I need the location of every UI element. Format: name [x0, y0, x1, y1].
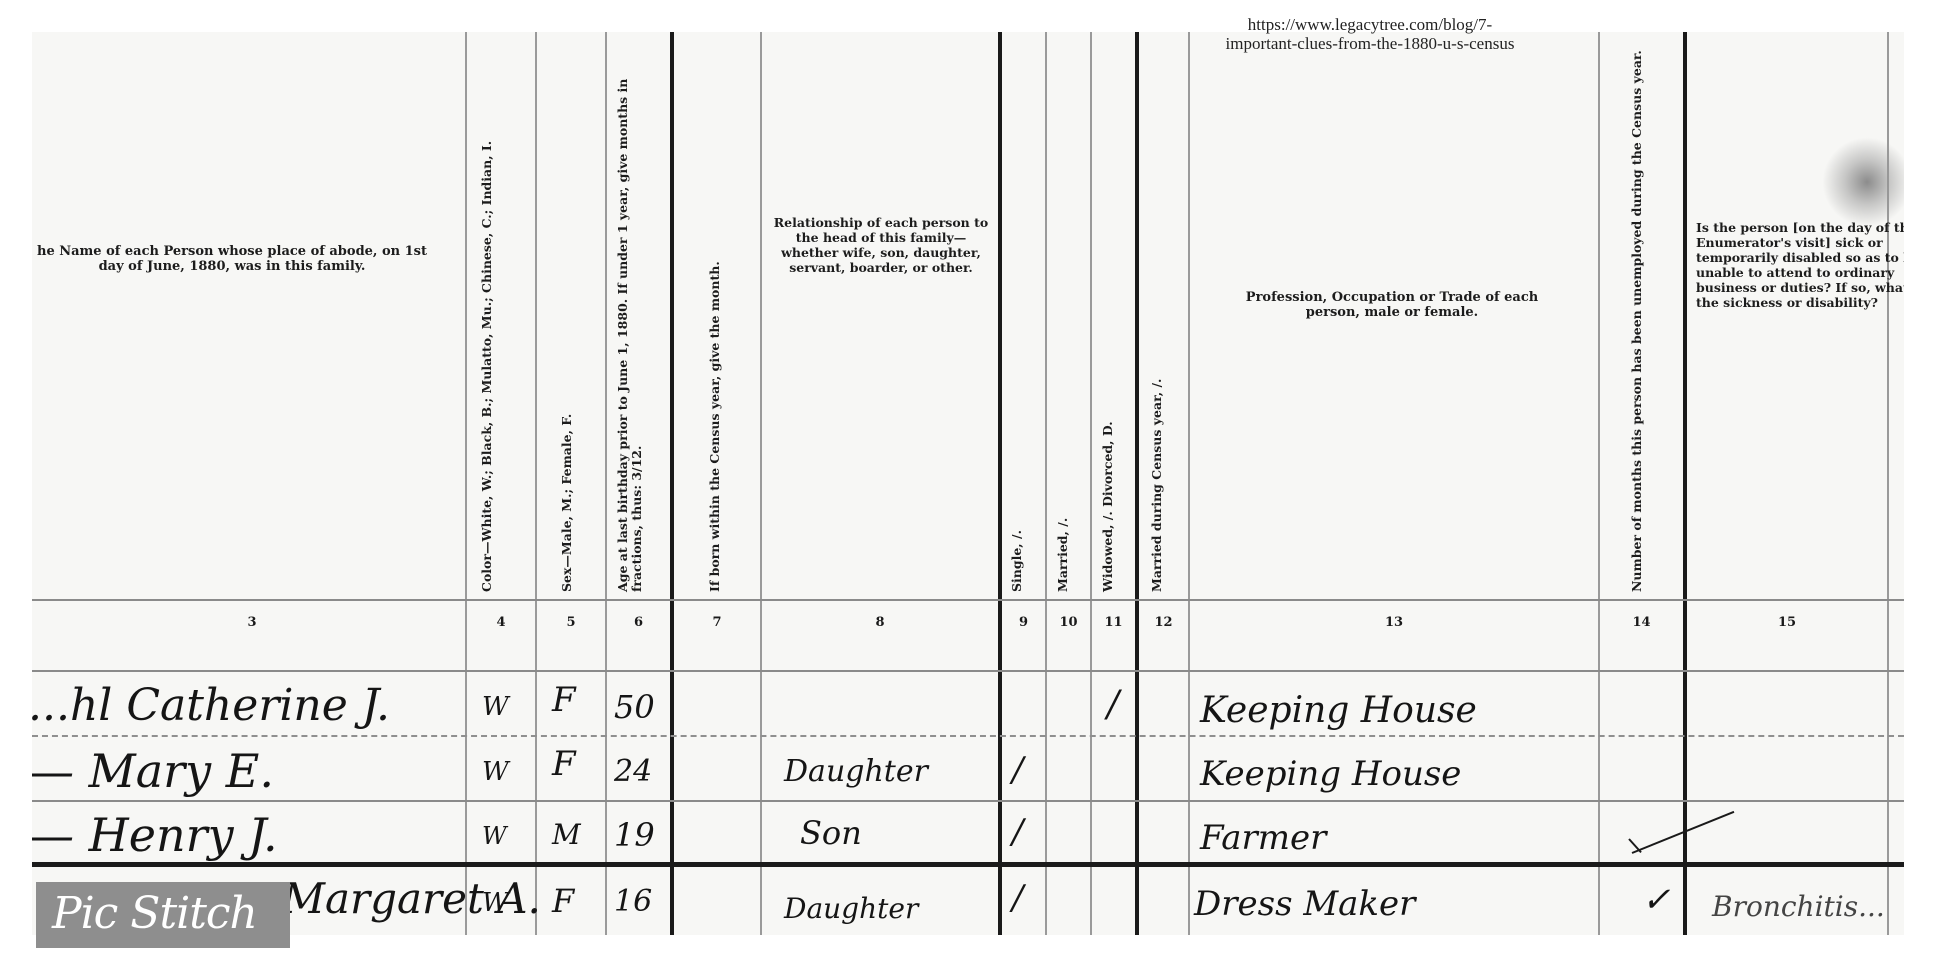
- row3-age: 19: [614, 816, 655, 854]
- row2-single: /: [1012, 750, 1023, 790]
- column-number-10: 10: [1047, 615, 1090, 630]
- row3-relationship: Son: [800, 814, 862, 852]
- column-number-14: 14: [1600, 615, 1683, 630]
- row4-unemployed: ✓: [1642, 880, 1671, 920]
- row1-sex: F: [552, 680, 576, 720]
- header-bottom-rule: [32, 599, 1904, 601]
- row3-occupation: Farmer: [1200, 818, 1326, 858]
- row2-name: — Mary E.: [32, 744, 274, 798]
- row2-occupation: Keeping House: [1200, 754, 1461, 794]
- source-caption: https://www.legacytree.com/blog/7- impor…: [1150, 15, 1590, 53]
- source-caption-line-2: important-clues-from-the-1880-u-s-census: [1150, 34, 1590, 53]
- row3-name: — Henry J.: [32, 808, 278, 862]
- header-col12-married-census-year: Married during Census year, /.: [1150, 42, 1172, 592]
- header-col13-occupation: Profession, Occupation or Trade of each …: [1217, 290, 1567, 320]
- row3-sex: M: [552, 818, 581, 851]
- column-number-3: 3: [152, 615, 352, 630]
- header-col11-widowed: Widowed, /. Divorced, D.: [1101, 42, 1123, 592]
- column-number-9: 9: [1002, 615, 1045, 630]
- column-number-12: 12: [1139, 615, 1188, 630]
- column-number-13: 13: [1190, 615, 1598, 630]
- row3-single: /: [1012, 812, 1023, 852]
- row4-single: /: [1012, 878, 1023, 918]
- column-number-8: 8: [762, 615, 998, 630]
- header-col14-unemployed: Number of months this person has been un…: [1630, 42, 1670, 592]
- column-number-7: 7: [674, 615, 760, 630]
- header-col3-name: he Name of each Person whose place of ab…: [32, 244, 432, 274]
- column-number-6: 6: [607, 615, 670, 630]
- row1-age: 50: [614, 688, 655, 726]
- row1-color: W: [482, 692, 509, 722]
- header-col15-sickness: Is the person [on the day of the Enumera…: [1696, 220, 1904, 310]
- row1-occupation: Keeping House: [1200, 690, 1477, 731]
- row4-occupation: Dress Maker: [1194, 884, 1415, 924]
- header-col9-single: Single, /.: [1010, 42, 1032, 592]
- census-sheet: he Name of each Person whose place of ab…: [32, 32, 1904, 935]
- row4-sickness: Bronchitis...: [1712, 890, 1885, 923]
- header-col5-sex: Sex—Male, M.; Female, F.: [560, 42, 582, 592]
- header-col6-age: Age at last birthday prior to June 1, 18…: [616, 42, 660, 592]
- row4-age: 16: [614, 884, 652, 919]
- row4-relationship: Daughter: [784, 892, 918, 925]
- row1-name: ...hl Catherine J.: [32, 680, 390, 731]
- row4-color: W: [482, 888, 509, 918]
- source-caption-line-1: https://www.legacytree.com/blog/7-: [1150, 15, 1590, 34]
- row2-sex: F: [552, 744, 576, 784]
- column-number-5: 5: [537, 615, 605, 630]
- row1-widowed: /: [1107, 684, 1119, 725]
- row2-relationship: Daughter: [784, 754, 928, 789]
- row2-age: 24: [614, 754, 652, 789]
- header-col7-born-month: If born within the Census year, give the…: [708, 72, 730, 592]
- header-col10-married: Married, /.: [1056, 42, 1078, 592]
- row-divider-1: [32, 735, 1904, 737]
- header-col4-color: Color—White, W.; Black, B.; Mulatto, Mu.…: [480, 42, 522, 592]
- watermark-text: Pic Stitch: [52, 888, 257, 939]
- header-col8-relationship: Relationship of each person to the head …: [772, 215, 990, 275]
- column-number-4: 4: [467, 615, 535, 630]
- row2-color: W: [482, 757, 509, 787]
- column-number-11: 11: [1092, 615, 1135, 630]
- column-number-15: 15: [1687, 615, 1887, 630]
- scan-smudge: [1822, 137, 1904, 227]
- row-divider-2: [32, 800, 1904, 802]
- row-divider-3: [32, 862, 1904, 867]
- column-number-rule: [32, 670, 1904, 672]
- row3-color: W: [482, 822, 507, 850]
- pic-stitch-watermark: Pic Stitch: [36, 882, 290, 948]
- row4-sex: F: [552, 882, 574, 920]
